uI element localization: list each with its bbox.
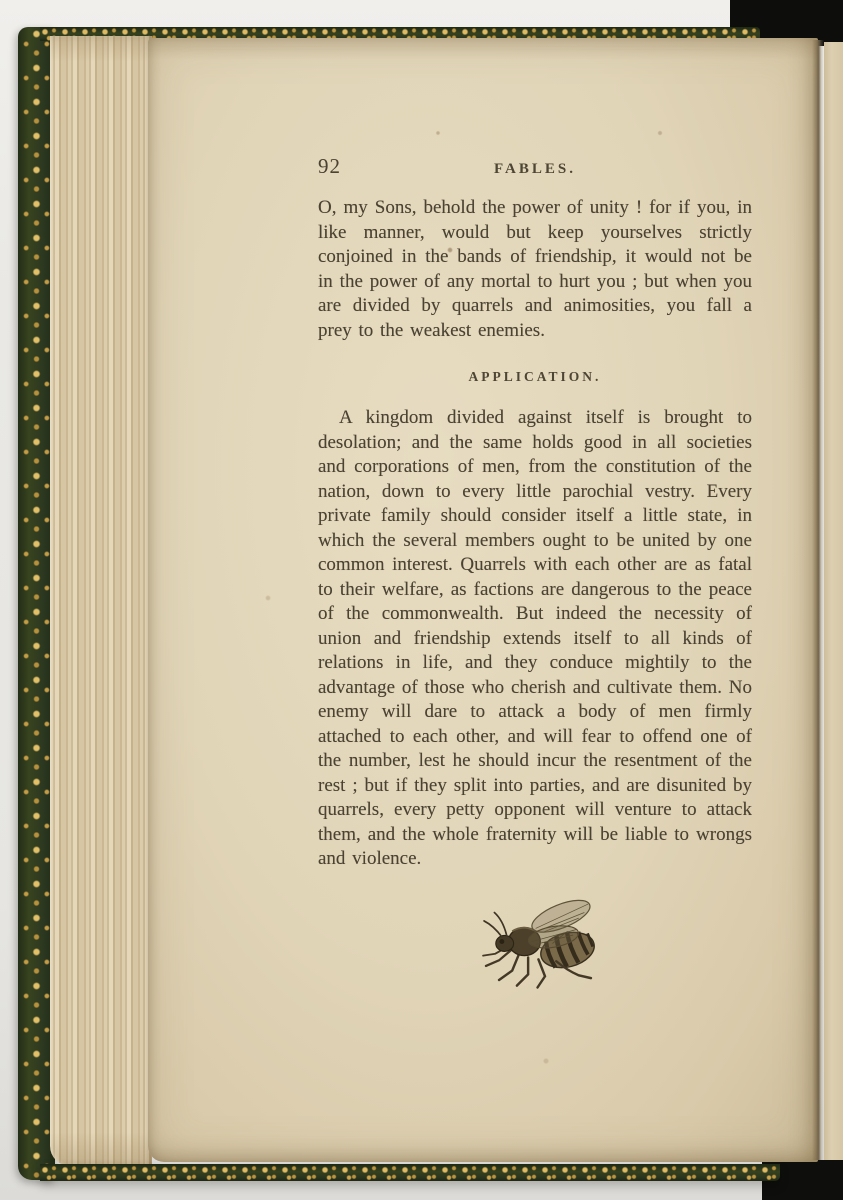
page-content: 92 FABLES. O, my Sons, behold the power … (318, 154, 752, 1000)
bee-engraving-icon (470, 890, 620, 995)
book-photo-stage: 92 FABLES. O, my Sons, behold the power … (0, 0, 843, 1200)
running-header: FABLES. (494, 161, 576, 178)
facing-page-sliver (824, 42, 843, 1160)
opening-paragraph: O, my Sons, behold the power of unity ! … (318, 196, 752, 343)
book-cover-gilt-bottom-edge (40, 1164, 780, 1181)
page-number: 92 (318, 154, 341, 179)
application-paragraph: A kingdom divided against itself is brou… (318, 406, 752, 872)
page-header-row: 92 FABLES. (318, 154, 752, 179)
section-heading: APPLICATION. (318, 369, 752, 385)
bee-illustration-container (318, 890, 752, 1000)
page-edges-stack (50, 36, 152, 1166)
page-gutter-crease (812, 40, 824, 1160)
